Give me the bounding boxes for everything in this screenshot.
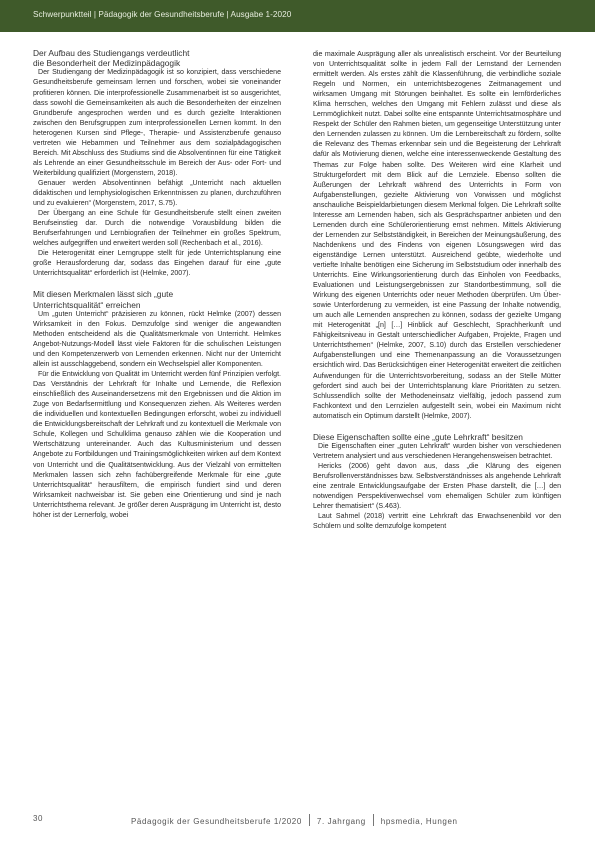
divider bbox=[309, 814, 310, 826]
section-spacer bbox=[313, 422, 561, 432]
volume: 7. Jahrgang bbox=[317, 817, 366, 826]
section-heading-studiengang: Der Aufbau des Studiengangs verdeutlicht… bbox=[33, 48, 281, 68]
paragraph: Hericks (2006) geht davon aus, dass „die… bbox=[313, 462, 561, 512]
page-number: 30 bbox=[33, 814, 43, 823]
paragraph: die maximale Ausprägung aller als unreal… bbox=[313, 50, 561, 422]
section-heading-lehrkraft: Diese Eigenschaften sollte eine „gute Le… bbox=[313, 432, 561, 442]
left-column: Der Aufbau des Studiengangs verdeutlicht… bbox=[33, 48, 281, 521]
paragraph: Der Studiengang der Medizinpädagogik ist… bbox=[33, 68, 281, 179]
heading-line-2: die Besonderheit der Medizinpädagogik bbox=[33, 58, 180, 68]
footer-info: Pädagogik der Gesundheitsberufe 1/20207.… bbox=[131, 814, 458, 826]
divider bbox=[373, 814, 374, 826]
paragraph: Um „guten Unterricht“ präzisieren zu kön… bbox=[33, 310, 281, 370]
section-spacer bbox=[33, 279, 281, 289]
heading-line-1: Der Aufbau des Studiengangs verdeutlicht bbox=[33, 48, 189, 58]
section-heading-merkmale: Mit diesen Merkmalen lässt sich „gute Un… bbox=[33, 289, 281, 309]
journal-name: Pädagogik der Gesundheitsberufe 1/2020 bbox=[131, 817, 302, 826]
paragraph: Laut Sahmel (2018) vertritt eine Lehrkra… bbox=[313, 512, 561, 532]
paragraph: Genauer werden Absolventinnen befähigt „… bbox=[33, 179, 281, 209]
paragraph: Die Eigenschaften einer „guten Lehrkraft… bbox=[313, 442, 561, 462]
publisher: hpsmedia, Hungen bbox=[381, 817, 458, 826]
right-column: die maximale Ausprägung aller als unreal… bbox=[313, 50, 561, 532]
heading-line-2: Unterrichtsqualität“ erreichen bbox=[33, 300, 141, 310]
paragraph: Der Übergang an eine Schule für Gesundhe… bbox=[33, 209, 281, 249]
running-header-bar: Schwerpunktteil | Pädagogik der Gesundhe… bbox=[0, 0, 595, 32]
running-header-title: Schwerpunktteil | Pädagogik der Gesundhe… bbox=[33, 10, 291, 19]
paragraph: Für die Entwicklung von Qualität im Unte… bbox=[33, 370, 281, 521]
paragraph: Die Heterogenität einer Lerngruppe stell… bbox=[33, 249, 281, 279]
heading-line-1: Mit diesen Merkmalen lässt sich „gute bbox=[33, 289, 173, 299]
